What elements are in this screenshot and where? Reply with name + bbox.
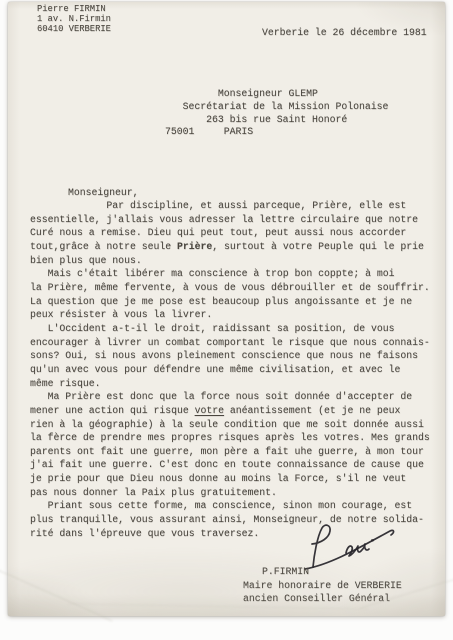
text-segment: anéantissement (et je ne peux xyxy=(224,405,400,416)
text-line: L'Occident a-t-il le droit, raidissant s… xyxy=(30,322,430,336)
text-line: même risque. xyxy=(30,377,430,391)
text-line: mener une action qui risque votre anéant… xyxy=(30,404,430,418)
text-line: sons? Oui, si nous avons pleinement cons… xyxy=(30,349,430,363)
paper-crease xyxy=(0,568,113,623)
text-line: La question que je me pose est beaucoup … xyxy=(30,295,430,309)
text-line: Par discipline, et aussi parceque, Prièr… xyxy=(30,199,430,213)
text-line: essentielle, j'allais vous adresser la l… xyxy=(30,213,430,227)
text-line: 60410 VERBERIE xyxy=(37,25,111,35)
text-line: peux résister à vous la livrer. xyxy=(30,308,430,322)
letter-body: Par discipline, et aussi parceque, Prièr… xyxy=(30,199,430,540)
text-line: la fèrce de prendre mes propres risques … xyxy=(30,431,430,445)
text-line: ancien Conseiller Général xyxy=(243,592,402,605)
underlined-word: votre xyxy=(195,405,224,416)
text-line: Secrétariat de la Mission Polonaise xyxy=(165,101,388,114)
text-line: Priant sous cette forme, ma conscience, … xyxy=(30,499,430,513)
sender-address-block: Pierre FIRMIN1 av. N.Firmin60410 VERBERI… xyxy=(37,5,111,34)
text-segment: , surtout à votre Peuple qui le prie xyxy=(212,241,424,252)
text-line: qu'un avec vous pour défendre une même c… xyxy=(30,363,430,377)
signature-typed-name: P.FIRMIN xyxy=(262,565,309,578)
text-line: Monseigneur GLEMP xyxy=(165,88,388,101)
text-line: encourager à livrer un combat comportant… xyxy=(30,336,430,350)
text-line: la Prière, même fervente, à vous de vous… xyxy=(30,281,430,295)
date-line: Verberie le 26 décembre 1981 xyxy=(262,26,427,39)
signature-titles: Maire honoraire de VERBERIEancien Consei… xyxy=(243,579,402,605)
recipient-address-block: Monseigneur GLEMP Secrétariat de la Miss… xyxy=(165,88,388,139)
text-line: rien à la géographie) à la seule conditi… xyxy=(30,418,430,432)
text-line: j'ai fait une guerre. C'est donc en tout… xyxy=(30,458,430,472)
overstruck-word: Prière xyxy=(177,241,212,252)
text-line: Curé nous a remise. Dieu qui peut tout, … xyxy=(30,226,430,240)
text-segment: tout,grâce à notre seule xyxy=(30,241,177,252)
text-line: 263 bis rue Saint Honoré xyxy=(165,114,388,127)
text-line: bien plus que nous. xyxy=(30,254,430,268)
scanned-letter-page: Pierre FIRMIN1 av. N.Firmin60410 VERBERI… xyxy=(8,2,445,616)
handwritten-signature-icon xyxy=(300,522,400,572)
text-line: parents ont fait une guerre, mon père a … xyxy=(30,445,430,459)
text-line: Ma Prière est donc que la force nous soi… xyxy=(30,390,430,404)
salutation: Monseigneur, xyxy=(68,186,139,199)
text-line: Maire honoraire de VERBERIE xyxy=(243,579,402,592)
text-line: 75001 PARIS xyxy=(165,126,388,139)
text-line: tout,grâce à notre seule Prière, surtout… xyxy=(30,240,430,254)
text-line: je prie pour que Dieu nous donne au moin… xyxy=(30,472,430,486)
text-line: Mais c'était libérer ma conscience à tro… xyxy=(30,267,430,281)
text-segment: mener une action qui risque xyxy=(30,405,195,416)
text-line: pas nous donner la Paix plus gratuitemen… xyxy=(30,486,430,500)
